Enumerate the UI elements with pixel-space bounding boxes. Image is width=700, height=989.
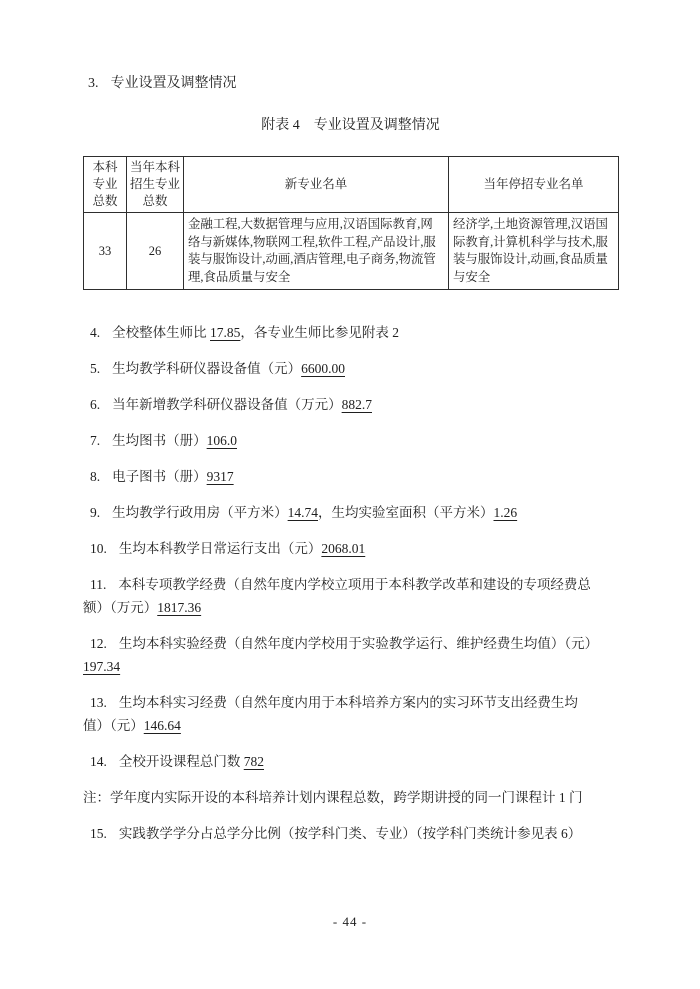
- item-line: 13.生均本科实习经费（自然年度内用于本科培养方案内的实习环节支出经费生均: [83, 691, 618, 714]
- item-number: 10.: [90, 541, 107, 556]
- metric-text: 生均本科实验经费（自然年度内学校用于实验教学运行、维护经费生均值）（元）: [119, 636, 598, 651]
- metric-value: 146.64: [144, 718, 181, 733]
- table-row: 33 26 金融工程,大数据管理与应用,汉语国际教育,网络与新媒体,物联网工程,…: [84, 213, 619, 290]
- header-suspended-majors: 当年停招专业名单: [449, 157, 619, 213]
- item-line: 11.本科专项教学经费（自然年度内学校立项用于本科教学改革和建设的专项经费总: [83, 573, 618, 596]
- section-heading: 3.专业设置及调整情况: [88, 74, 618, 94]
- cell-new-majors: 金融工程,大数据管理与应用,汉语国际教育,网络与新媒体,物联网工程,软件工程,产…: [184, 213, 449, 290]
- page-content: 3.专业设置及调整情况 附表 4 专业设置及调整情况 本科专业总数 当年本科招生…: [0, 0, 700, 845]
- item-line: 4.全校整体生师比 17.85，各专业生师比参见附表 2: [83, 321, 618, 344]
- item-number: 8.: [90, 469, 100, 484]
- item-number: 15.: [90, 826, 107, 841]
- item-number: 12.: [90, 636, 107, 651]
- metric-value: 782: [244, 754, 264, 769]
- metric-item: 14.全校开设课程总门数 782: [83, 750, 618, 773]
- metrics-list: 4.全校整体生师比 17.85，各专业生师比参见附表 25.生均教学科研仪器设备…: [83, 321, 618, 845]
- item-number: 注：: [83, 790, 110, 805]
- item-line: 10.生均本科教学日常运行支出（元）2068.01: [83, 537, 618, 560]
- metric-value: 1.26: [494, 505, 518, 520]
- metric-item: 11.本科专项教学经费（自然年度内学校立项用于本科教学改革和建设的专项经费总额）…: [83, 573, 618, 619]
- item-line: 额）（万元）1817.36: [83, 596, 618, 619]
- metric-item: 4.全校整体生师比 17.85，各专业生师比参见附表 2: [83, 321, 618, 344]
- item-number: 11.: [90, 577, 106, 592]
- metric-value: 9317: [207, 469, 234, 484]
- metric-value: 2068.01: [321, 541, 365, 556]
- item-line: 9.生均教学行政用房（平方米）14.74，生均实验室面积（平方米）1.26: [83, 501, 618, 524]
- item-line: 12.生均本科实验经费（自然年度内学校用于实验教学运行、维护经费生均值）（元）: [83, 632, 618, 655]
- header-total-majors: 本科专业总数: [84, 157, 127, 213]
- metric-item: 12.生均本科实验经费（自然年度内学校用于实验教学运行、维护经费生均值）（元）1…: [83, 632, 618, 678]
- metric-text: ，各专业生师比参见附表 2: [240, 325, 399, 340]
- metric-value: 1817.36: [157, 600, 201, 615]
- metric-item: 5.生均教学科研仪器设备值（元）6600.00: [83, 357, 618, 380]
- metric-value: 106.0: [207, 433, 237, 448]
- item-number: 7.: [90, 433, 100, 448]
- metric-item: 13.生均本科实习经费（自然年度内用于本科培养方案内的实习环节支出经费生均值）（…: [83, 691, 618, 737]
- metric-text: 本科专项教学经费（自然年度内学校立项用于本科教学改革和建设的专项经费总: [118, 577, 591, 592]
- metric-item: 6.当年新增教学科研仪器设备值（万元）882.7: [83, 393, 618, 416]
- metric-text: 生均图书（册）: [112, 433, 207, 448]
- item-line: 197.34: [83, 655, 618, 678]
- item-line: 注：学年度内实际开设的本科培养计划内课程总数，跨学期讲授的同一门课程计 1 门: [83, 786, 618, 809]
- metric-item: 7.生均图书（册）106.0: [83, 429, 618, 452]
- metric-text: 全校整体生师比: [112, 325, 210, 340]
- table-title: 附表 4 专业设置及调整情况: [83, 116, 618, 136]
- metric-item: 9.生均教学行政用房（平方米）14.74，生均实验室面积（平方米）1.26: [83, 501, 618, 524]
- header-new-majors: 新专业名单: [184, 157, 449, 213]
- item-line: 值）（元）146.64: [83, 714, 618, 737]
- metric-text: 生均本科实习经费（自然年度内用于本科培养方案内的实习环节支出经费生均: [119, 695, 578, 710]
- item-line: 14.全校开设课程总门数 782: [83, 750, 618, 773]
- item-number: 9.: [90, 505, 100, 520]
- metric-text: 生均本科教学日常运行支出（元）: [119, 541, 322, 556]
- page-number: - 44 -: [0, 914, 700, 930]
- item-line: 7.生均图书（册）106.0: [83, 429, 618, 452]
- item-number: 13.: [90, 695, 107, 710]
- header-enrolling-majors: 当年本科招生专业总数: [127, 157, 184, 213]
- item-line: 8.电子图书（册）9317: [83, 465, 618, 488]
- metric-text: 生均教学行政用房（平方米）: [112, 505, 288, 520]
- item-line: 6.当年新增教学科研仪器设备值（万元）882.7: [83, 393, 618, 416]
- metric-text: 值）（元）: [83, 718, 144, 733]
- metric-text: 生均教学科研仪器设备值（元）: [112, 361, 301, 376]
- metric-text: 额）（万元）: [83, 600, 157, 615]
- metric-value: 197.34: [83, 659, 120, 674]
- metric-value: 882.7: [342, 397, 372, 412]
- document-page: 3.专业设置及调整情况 附表 4 专业设置及调整情况 本科专业总数 当年本科招生…: [0, 0, 700, 989]
- item-number: 5.: [90, 361, 100, 376]
- metric-text: 电子图书（册）: [112, 469, 207, 484]
- metric-text: 全校开设课程总门数: [119, 754, 244, 769]
- table-header-row: 本科专业总数 当年本科招生专业总数 新专业名单 当年停招专业名单: [84, 157, 619, 213]
- metric-text: 当年新增教学科研仪器设备值（万元）: [112, 397, 342, 412]
- section-title: 专业设置及调整情况: [111, 76, 237, 91]
- metric-text: ，生均实验室面积（平方米）: [318, 505, 494, 520]
- item-number: 6.: [90, 397, 100, 412]
- section-number: 3.: [88, 76, 99, 91]
- metric-item: 10.生均本科教学日常运行支出（元）2068.01: [83, 537, 618, 560]
- metric-text: 实践教学学分占总学分比例（按学科门类、专业）（按学科门类统计参见表 6）: [119, 826, 581, 841]
- item-line: 15.实践教学学分占总学分比例（按学科门类、专业）（按学科门类统计参见表 6）: [83, 822, 618, 845]
- metric-text: 学年度内实际开设的本科培养计划内课程总数，跨学期讲授的同一门课程计 1 门: [110, 790, 583, 805]
- metric-item: 8.电子图书（册）9317: [83, 465, 618, 488]
- metric-value: 6600.00: [301, 361, 345, 376]
- item-line: 5.生均教学科研仪器设备值（元）6600.00: [83, 357, 618, 380]
- item-number: 4.: [90, 325, 100, 340]
- item-number: 14.: [90, 754, 107, 769]
- note-item: 注：学年度内实际开设的本科培养计划内课程总数，跨学期讲授的同一门课程计 1 门: [83, 786, 618, 809]
- metric-value: 17.85: [210, 325, 240, 340]
- metric-item: 15.实践教学学分占总学分比例（按学科门类、专业）（按学科门类统计参见表 6）: [83, 822, 618, 845]
- cell-enrolling-majors: 26: [127, 213, 184, 290]
- metric-value: 14.74: [288, 505, 318, 520]
- cell-total-majors: 33: [84, 213, 127, 290]
- cell-suspended-majors: 经济学,土地资源管理,汉语国际教育,计算机科学与技术,服装与服饰设计,动画,食品…: [449, 213, 619, 290]
- majors-adjustment-table: 本科专业总数 当年本科招生专业总数 新专业名单 当年停招专业名单 33 26 金…: [83, 156, 619, 290]
